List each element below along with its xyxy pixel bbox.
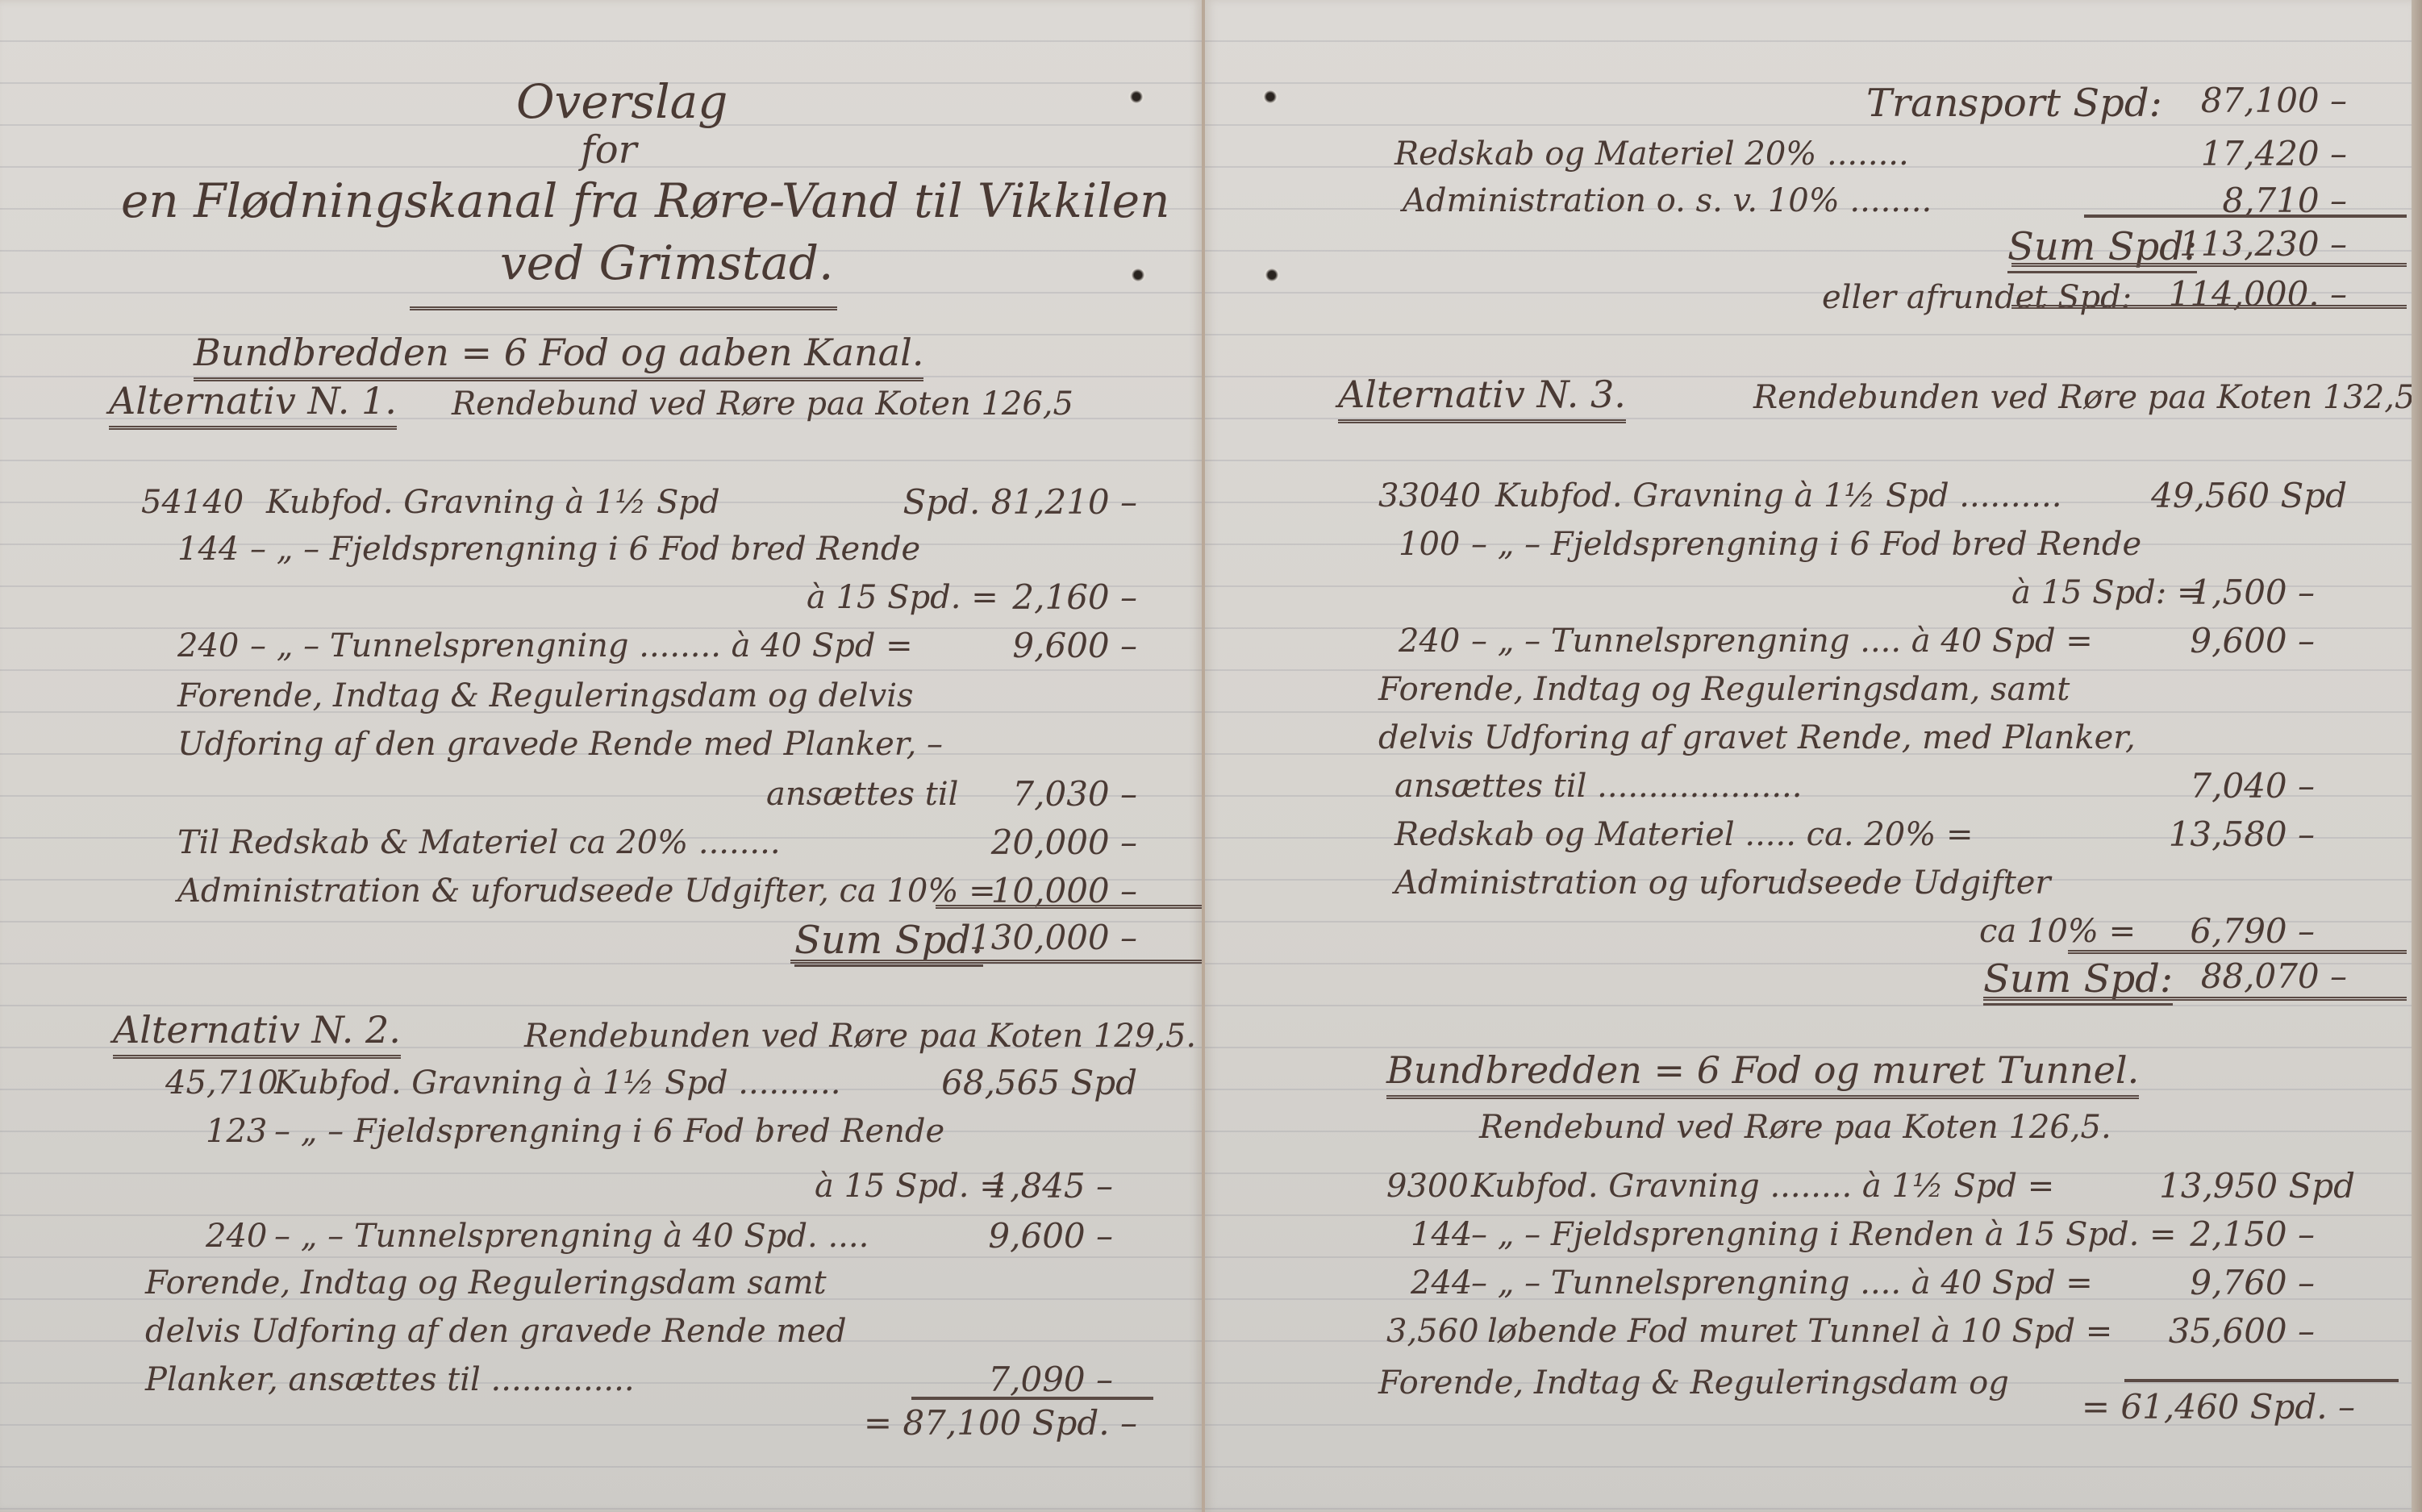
alt1-row-text: Administration & uforudseede Udgifter, c… (177, 873, 996, 910)
alt3-row-qty: 33040 (1378, 477, 1481, 514)
alt2-row-qty: 240 (206, 1218, 267, 1255)
tunnel-section-heading: Bundbredden = 6 Fod og muret Tunnel. (1386, 1048, 2139, 1099)
alt2-row-text: – „ – Fjeldsprengning i 6 Fod bred Rende (274, 1113, 944, 1150)
alt3-row-text: Kubfod. Gravning à 1½ Spd .......... (1495, 477, 2061, 514)
alt2-row-qty: 123 (206, 1113, 267, 1150)
binding-hole-bottom-left (1129, 269, 1147, 281)
alt1-row-text: Forende, Indtag & Reguleringsdam og delv… (177, 677, 914, 714)
transport-amount: 87,100 – (2201, 81, 2347, 120)
alt2-row-text: – „ – Tunnelsprengning à 40 Spd. .... (274, 1218, 869, 1255)
alt3-row-text: Forende, Indtag og Reguleringsdam, samt (1378, 671, 2070, 708)
transport-label: Transport Spd: (1866, 81, 2162, 126)
right-page: Transport Spd: 87,100 – Redskab og Mater… (1205, 0, 2412, 1512)
alt2-row-amount: 9,600 – (988, 1216, 1113, 1256)
alt1-row-amount: 20,000 – (991, 823, 1137, 862)
alt1-row-qty: 54140 (141, 484, 244, 521)
alt2-subtitle: Rendebunden ved Røre paa Koten 129,5. (524, 1018, 1196, 1055)
alt1-row-text: à 15 Spd. = (807, 579, 998, 616)
binding-hole-top-left (1128, 90, 1145, 103)
tunnel-carried-total: = 61,460 Spd. – (2082, 1387, 2355, 1427)
alt1-subtitle: Rendebund ved Røre paa Koten 126,5 (452, 385, 1073, 423)
alt1-row-text: – „ – Fjeldsprengning i 6 Fod bred Rende (250, 531, 920, 568)
alt3-row-text: Redskab og Materiel ..... ca. 20% = (1394, 816, 1973, 853)
title-divider (410, 306, 837, 310)
alt1-subtotal-rule (936, 905, 1202, 909)
alt1-total: 130,000 – (969, 918, 1137, 957)
alt2-row-text: Kubfod. Gravning à 1½ Spd .......... (274, 1064, 840, 1102)
alt3-row-amount: 1,500 – (2190, 573, 2315, 612)
alt3-subtotal-rule (2068, 950, 2407, 954)
title-grimstad: ved Grimstad. (500, 235, 833, 290)
alt3-total-rule (1983, 997, 2407, 1001)
alt1-total-rule (790, 960, 1202, 964)
tunnel-subtotal-rule (2124, 1379, 2399, 1382)
tunnel-row-amount: 35,600 – (2169, 1311, 2315, 1351)
alt3-subtitle: Rendebunden ved Røre paa Koten 132,5. (1753, 379, 2422, 416)
alt2-label: Alternativ N. 2. (113, 1008, 401, 1059)
tunnel-row-text: Forende, Indtag & Reguleringsdam og (1378, 1364, 2009, 1402)
alt3-row-amount: 7,040 – (2190, 766, 2315, 806)
alt3-row-text: à 15 Spd: = (2011, 574, 2204, 611)
alt2-rounded-rule (2011, 305, 2407, 309)
alt2-sum: 113,230 – (2179, 224, 2347, 264)
tunnel-row-qty: 3,560 (1386, 1313, 1479, 1350)
alt1-row-qty: 240 (177, 627, 239, 664)
tunnel-row-amount: 9,760 – (2190, 1263, 2315, 1302)
alt3-row-qty: 240 (1399, 623, 1460, 660)
tunnel-row-text: Kubfod. Gravning ........ à 1½ Spd = (1471, 1168, 2054, 1205)
tunnel-row-qty: 9300 (1386, 1168, 1469, 1205)
alt3-row-amount: 9,600 – (2190, 621, 2315, 660)
alt1-row-text: Kubfod. Gravning à 1½ Spd (266, 484, 720, 521)
alt2-row-text: Forende, Indtag og Reguleringsdam samt (145, 1264, 827, 1302)
title-overslag: Overslag (516, 74, 727, 129)
tunnel-row-text: løbende Fod muret Tunnel à 10 Spd = (1487, 1313, 2112, 1350)
alt1-row-text: – „ – Tunnelsprengning ........ à 40 Spd… (250, 627, 913, 664)
title-canal: en Flødningskanal fra Røre-Vand til Vikk… (121, 173, 1169, 228)
alt2-sum-rule (2011, 263, 2407, 267)
alt2-cont-row-text: Redskab og Materiel 20% ........ (1394, 135, 1909, 173)
alt3-row-text: – „ – Fjeldsprengning i 6 Fod bred Rende (1471, 526, 2141, 563)
title-for: for (581, 127, 637, 173)
alt3-row-text: – „ – Tunnelsprengning .... à 40 Spd = (1471, 623, 2093, 660)
alt1-row-amount: 2,160 – (1012, 577, 1137, 617)
alt3-row-amount: 49,560 Spd (2151, 476, 2347, 515)
alt2-row-text: Planker, ansættes til .............. (145, 1361, 635, 1398)
left-page: Overslag for en Flødningskanal fra Røre-… (0, 0, 1202, 1512)
alt1-row-qty: 144 (177, 531, 239, 568)
alt2-row-amount: 7,090 – (988, 1360, 1113, 1399)
alt2-carried-total: = 87,100 Spd. – (864, 1403, 1137, 1443)
alt2-cont-row-text: Administration o. s. v. 10% ........ (1403, 182, 1932, 219)
alt2-rounded-label: eller afrundet Spd: (1822, 279, 2132, 316)
tunnel-row-text: – „ – Tunnelsprengning .... à 40 Spd = (1471, 1264, 2093, 1302)
alt1-row-amount: Spd. 81,210 – (903, 482, 1137, 522)
alt1-row-text: ansættes til (766, 776, 958, 813)
alt2-cont-row-amount: 17,420 – (2201, 134, 2347, 173)
alt1-row-text: Udforing af den gravede Rende med Planke… (177, 726, 943, 763)
alt3-row-text: delvis Udforing af gravet Rende, med Pla… (1378, 719, 2136, 756)
alt3-row-amount: 6,790 – (2190, 911, 2315, 951)
alt3-row-text: ansættes til .................... (1394, 768, 1802, 805)
alt1-row-text: Til Redskab & Materiel ca 20% ........ (177, 824, 781, 861)
section-heading-open-canal: Bundbredden = 6 Fod og aaben Kanal. (194, 331, 923, 381)
alt3-row-qty: 100 (1399, 526, 1460, 563)
alt3-row-text: ca 10% = (1979, 913, 2136, 950)
document-spread: Overslag for en Flødningskanal fra Røre-… (0, 0, 2422, 1512)
alt2-cont-subtotal-rule (2084, 215, 2407, 218)
book-page-edge (2412, 0, 2422, 1512)
alt2-row-amount: 68,565 Spd (941, 1063, 1137, 1102)
tunnel-row-text: – „ – Fjeldsprengning i Renden à 15 Spd.… (1471, 1216, 2177, 1253)
alt2-row-amount: 1,845 – (988, 1166, 1113, 1206)
alt3-row-amount: 13,580 – (2169, 814, 2315, 854)
alt2-row-text: à 15 Spd. = (815, 1168, 1007, 1205)
alt2-row-qty: 45,710 (165, 1064, 278, 1102)
alt1-row-amount: 9,600 – (1012, 626, 1137, 665)
alt3-total: 88,070 – (2201, 956, 2347, 996)
alt2-row-text: delvis Udforing af den gravede Rende med (145, 1313, 847, 1350)
binding-hole-top-right (1261, 90, 1279, 103)
binding-hole-bottom-right (1263, 269, 1281, 281)
alt2-subtotal-rule (911, 1397, 1153, 1400)
tunnel-section-subtitle: Rendebund ved Røre paa Koten 126,5. (1479, 1109, 2111, 1146)
alt3-row-text: Administration og uforudseede Udgifter (1394, 864, 2051, 902)
tunnel-row-qty: 244 (1411, 1264, 1472, 1302)
tunnel-row-amount: 13,950 Spd (2159, 1166, 2355, 1206)
tunnel-row-qty: 144 (1411, 1216, 1472, 1253)
alt1-row-amount: 7,030 – (1012, 774, 1137, 814)
tunnel-row-amount: 2,150 – (2190, 1214, 2315, 1254)
alt3-label: Alternativ N. 3. (1338, 373, 1626, 423)
alt1-label: Alternativ N. 1. (109, 379, 397, 430)
